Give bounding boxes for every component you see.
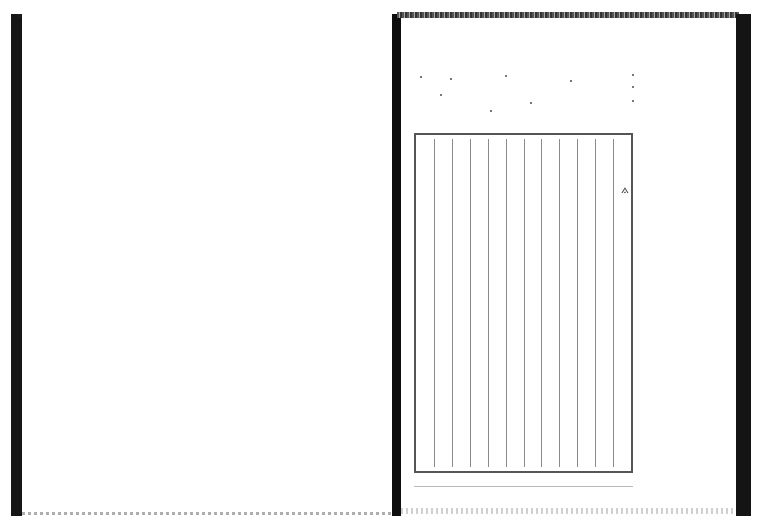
bottom-edge-right: [401, 508, 736, 514]
grid-column-line: [559, 139, 560, 467]
grid-footer-line: [414, 486, 633, 487]
grid-column-line: [595, 139, 596, 467]
bottom-edge-left: [22, 512, 392, 515]
grid-column-line: [452, 139, 453, 467]
faint-header-marks: [410, 72, 635, 112]
ruled-grid: [414, 133, 633, 473]
grid-column-line: [488, 139, 489, 467]
right-cover-edge: [736, 14, 751, 516]
grid-column-line: [613, 139, 614, 467]
grid-column-line: [506, 139, 507, 467]
grid-column-line: [577, 139, 578, 467]
grid-column-line: [434, 139, 435, 467]
grid-column-line: [541, 139, 542, 467]
grid-column-line: [470, 139, 471, 467]
left-page: [22, 14, 392, 516]
book-spine: [392, 14, 401, 516]
margin-mark: ⟑: [621, 183, 635, 197]
grid-column-line: [524, 139, 525, 467]
